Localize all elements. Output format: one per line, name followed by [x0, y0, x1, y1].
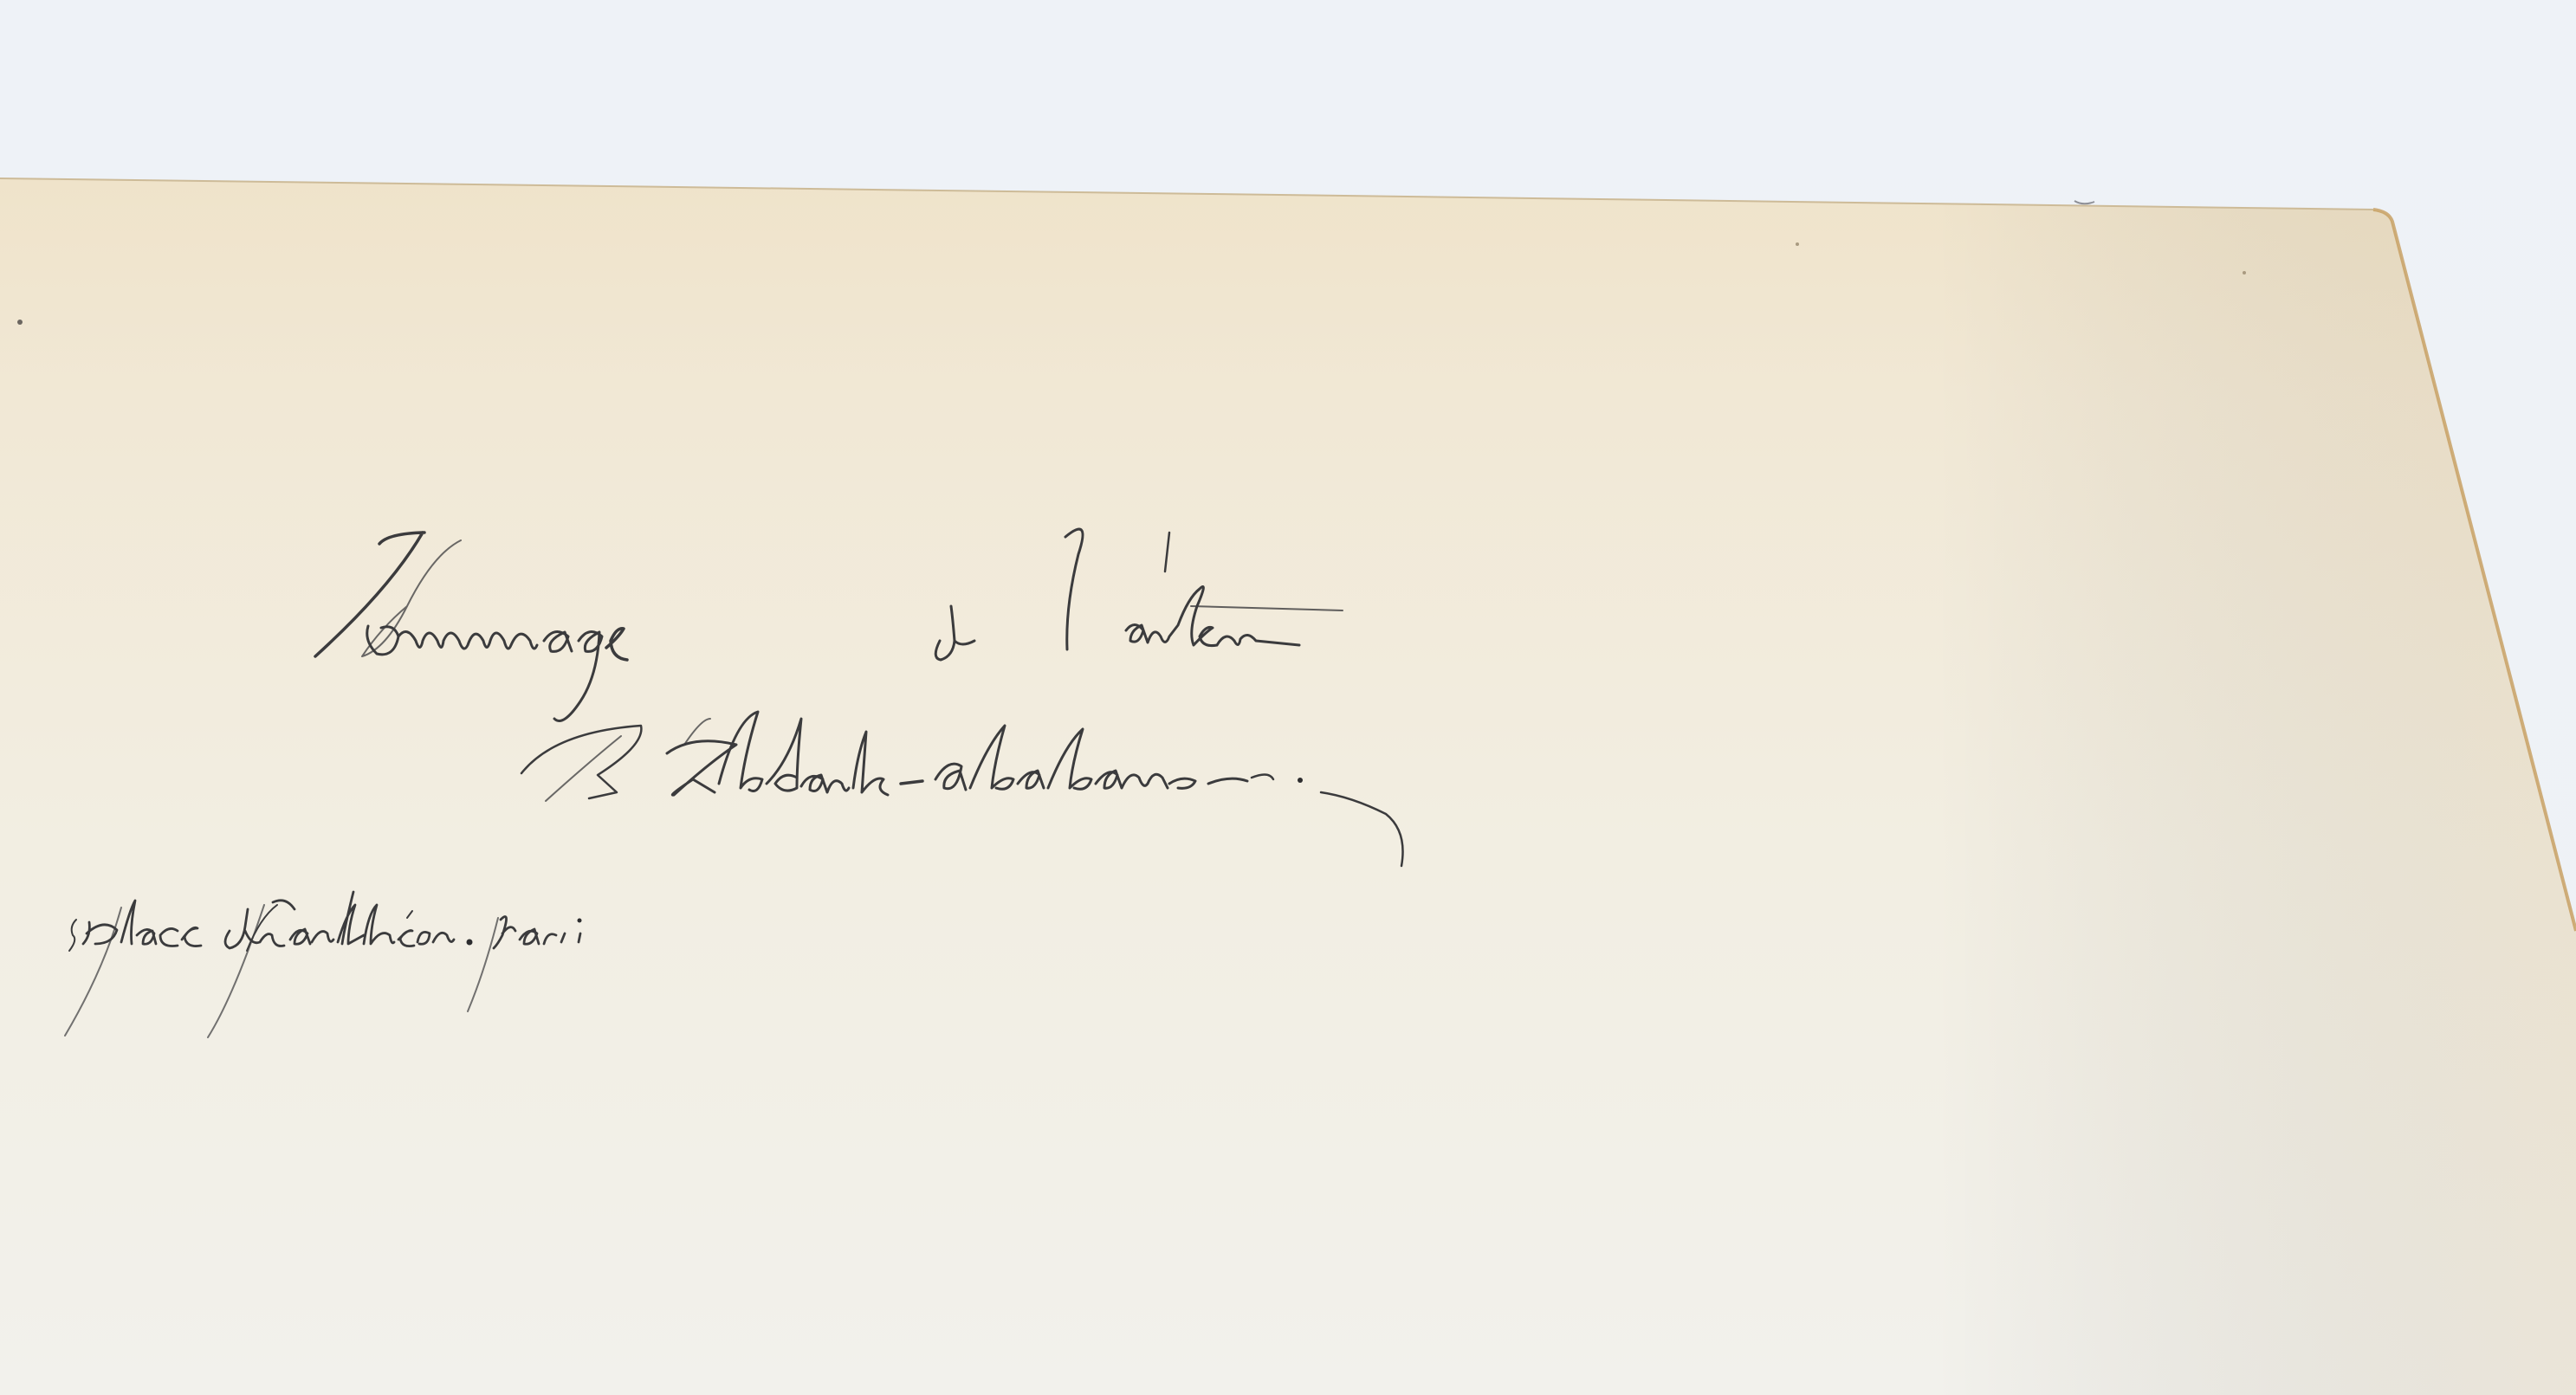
book-page — [0, 0, 2576, 1395]
foxing-speck — [17, 320, 23, 325]
photo-scene: Hommage de l'auteur B. Abdank-Abakanowic… — [0, 0, 2576, 1395]
